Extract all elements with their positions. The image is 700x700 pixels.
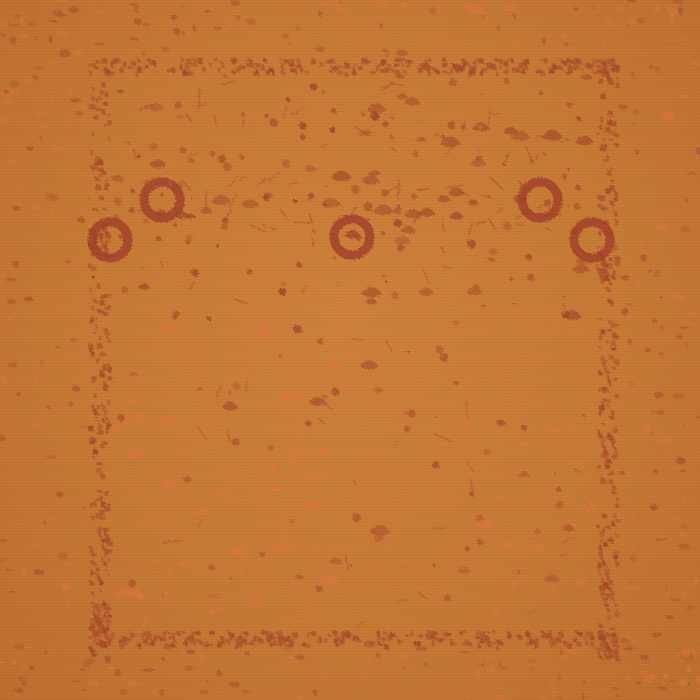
rug-texture — [0, 0, 700, 700]
rug-pattern — [0, 0, 700, 700]
